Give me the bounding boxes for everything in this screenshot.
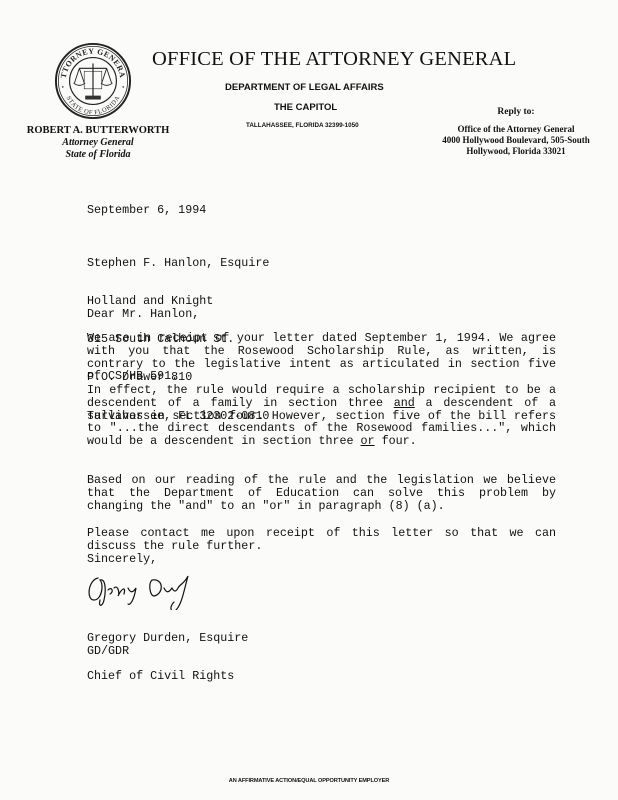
scales-of-justice-seal-icon: ATTORNEY GENERAL STATE OF FLORIDA [54,42,132,120]
attorney-general-block: ROBERT A. BUTTERWORTH Attorney General S… [18,125,178,161]
footer-employer-statement: AN AFFIRMATIVE ACTION/EQUAL OPPORTUNITY … [0,778,618,784]
reply-to-line: Office of the Attorney General [430,124,602,135]
department-name: DEPARTMENT OF LEGAL AFFAIRS [225,82,384,93]
reply-to-label: Reply to: [430,107,602,118]
signer-name: Gregory Durden, Esquire [87,632,248,645]
building-name: THE CAPITOL [274,102,337,113]
paragraph-1: We are in receipt of your letter dated S… [87,332,556,383]
signer-title: Chief of Civil Rights [87,670,248,683]
paragraph-4: Please contact me upon receipt of this l… [87,527,556,553]
salutation: Dear Mr. Hanlon, [87,308,199,321]
attorney-general-title: Attorney General [18,137,178,149]
typist-initials: GD/GDR [87,645,129,658]
recipient-line: Holland and Knight [87,295,269,308]
reply-to-block: Reply to: Office of the Attorney General… [430,107,602,157]
letter-date: September 6, 1994 [87,204,206,217]
underlined-word: or [361,434,375,448]
recipient-line: Stephen F. Hanlon, Esquire [87,257,269,270]
reply-to-line: Hollywood, Florida 33021 [430,146,602,157]
city-zip: TALLAHASSEE, FLORIDA 32399-1050 [246,122,359,129]
paragraph-3: Based on our reading of the rule and the… [87,474,556,512]
paragraph-2-text: four. [375,434,417,448]
attorney-general-state: State of Florida [18,149,178,161]
paragraph-2: In effect, the rule would require a scho… [87,384,556,448]
reply-to-line: 4000 Hollywood Boulevard, 505-South [430,135,602,146]
closing: Sincerely, [87,553,157,566]
office-title: OFFICE OF THE ATTORNEY GENERAL [152,48,516,71]
attorney-general-name: ROBERT A. BUTTERWORTH [18,125,178,137]
handwritten-signature-icon [84,570,209,610]
